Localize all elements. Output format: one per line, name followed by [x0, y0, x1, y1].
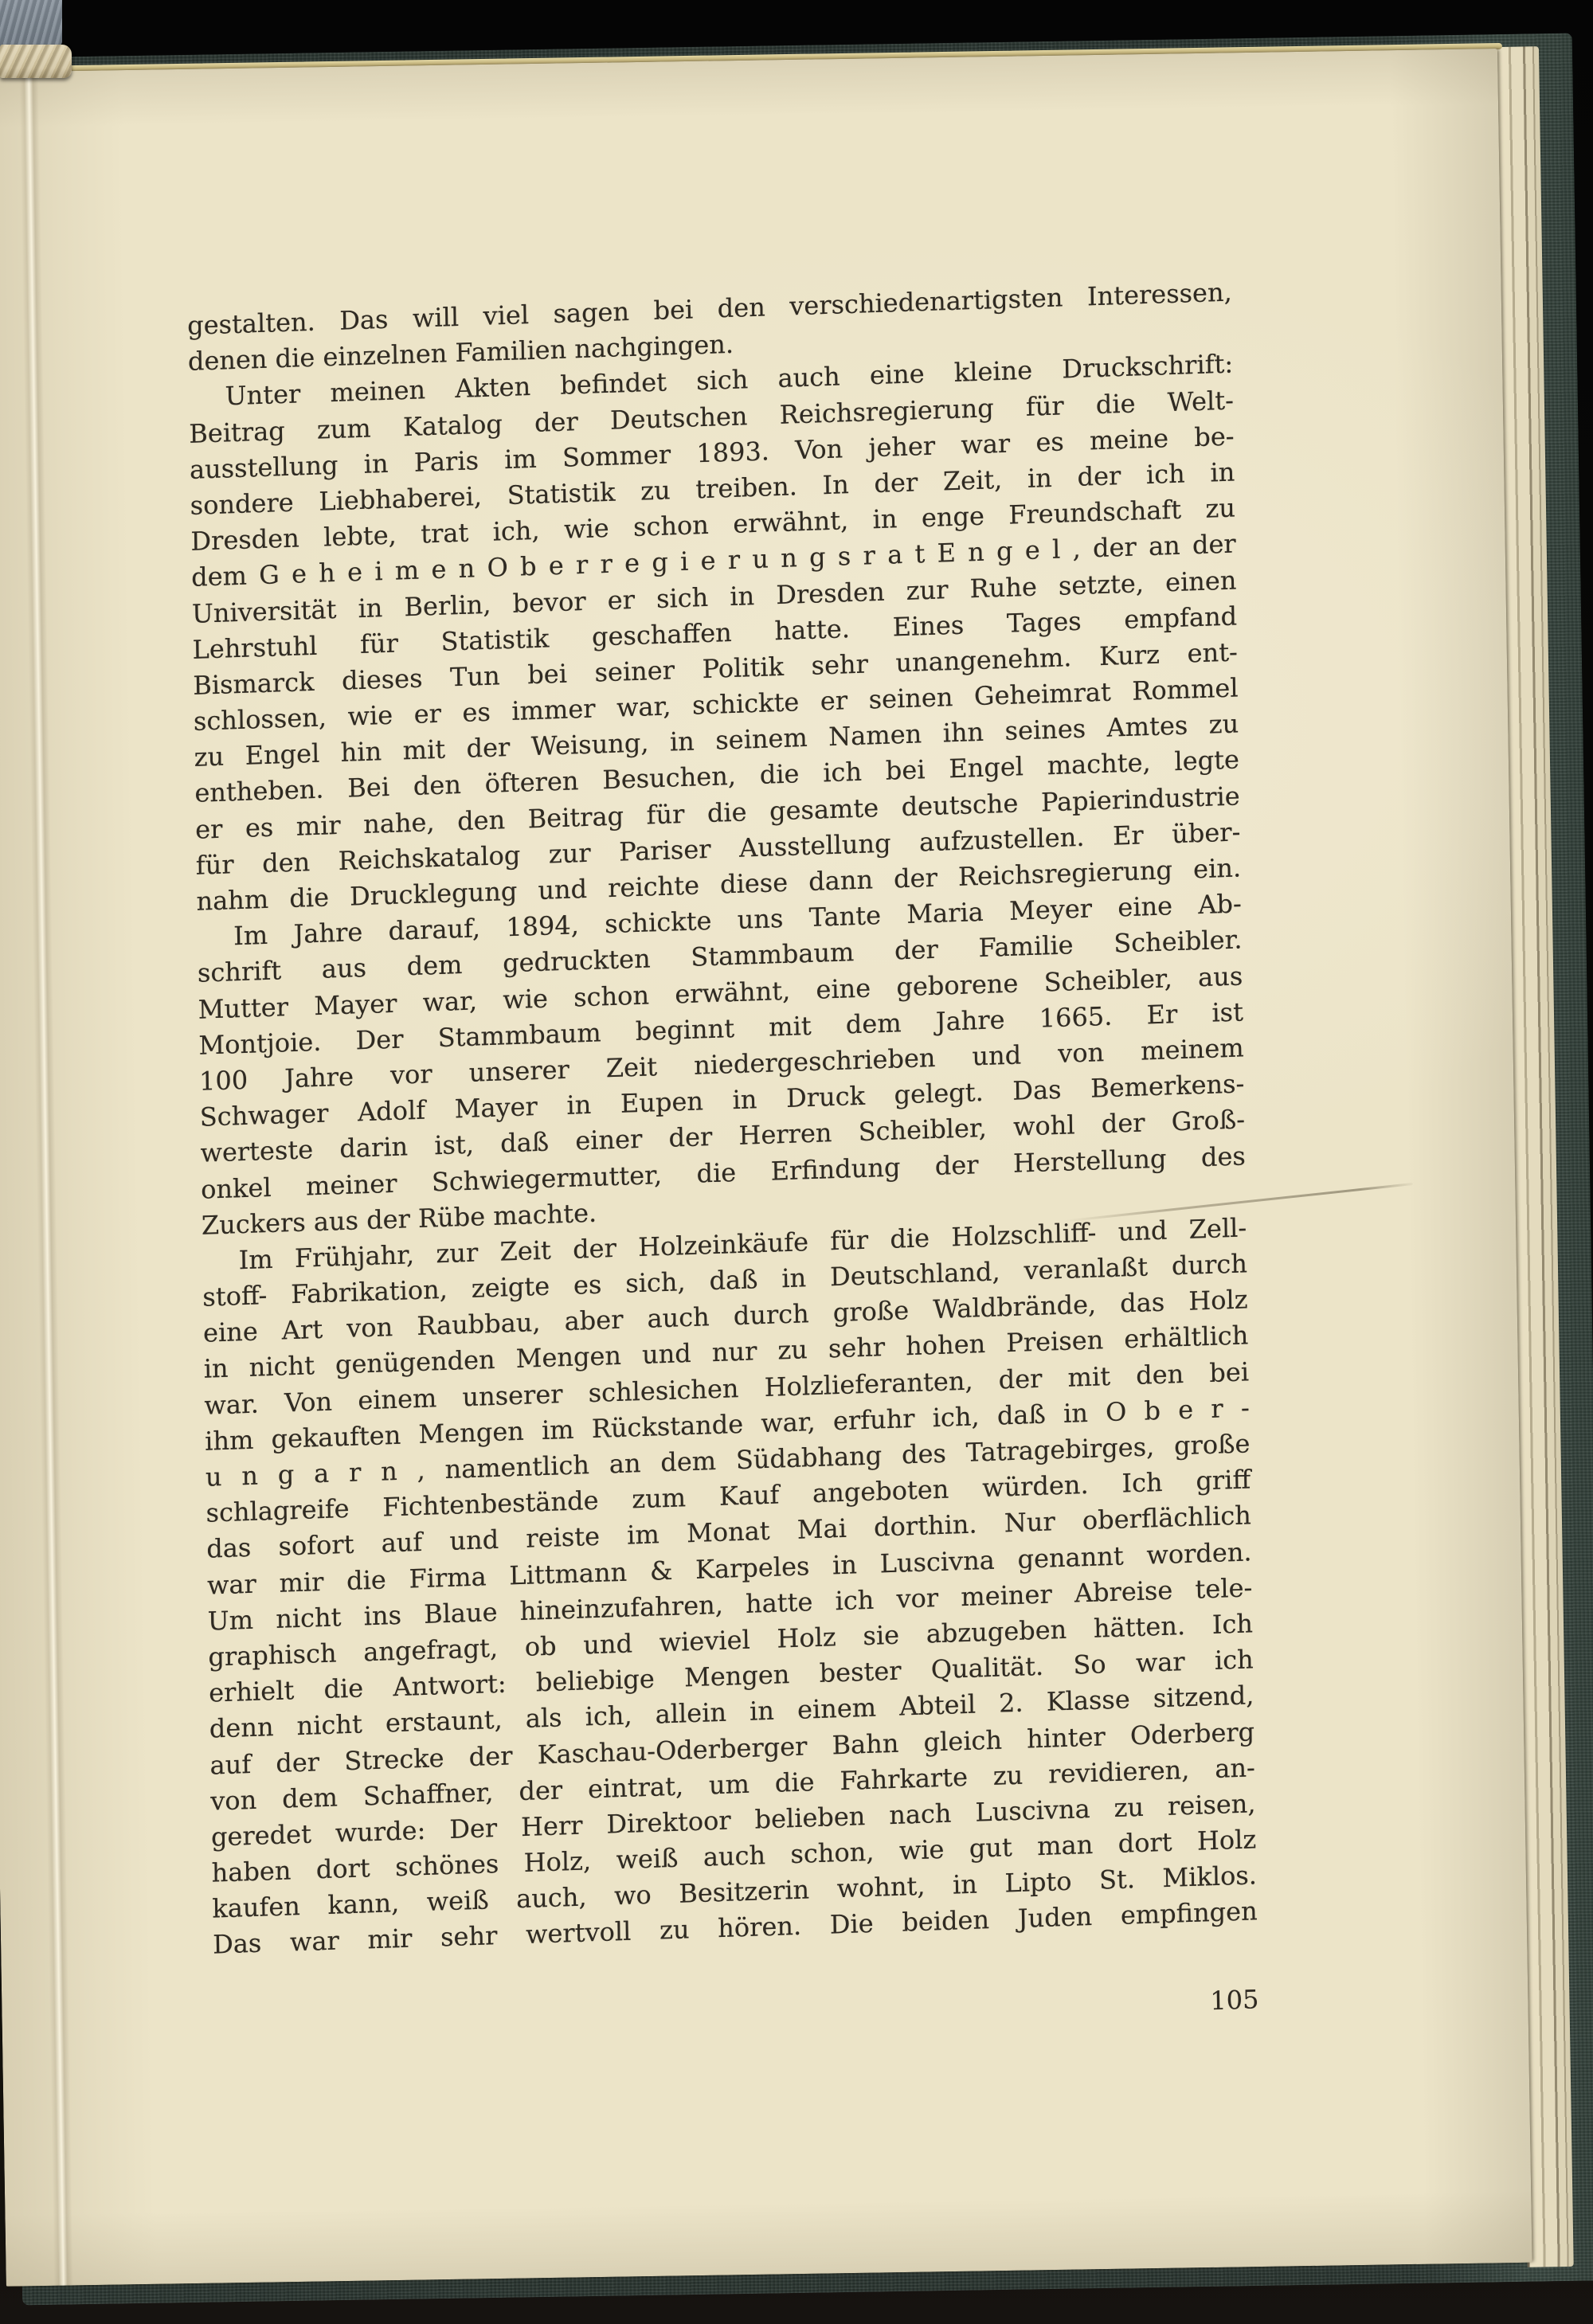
book-scan: gestalten. Das will viel sagen bei den v…	[0, 0, 1593, 2324]
book: gestalten. Das will viel sagen bei den v…	[0, 37, 1593, 2306]
page-crease	[19, 72, 73, 2286]
page-text: gestalten. Das will viel sagen bei den v…	[187, 275, 1258, 1964]
page-number: 105	[214, 1983, 1259, 2048]
headband	[0, 45, 72, 78]
book-page: gestalten. Das will viel sagen bei den v…	[0, 49, 1532, 2287]
bookmark-ribbon	[0, 0, 62, 46]
